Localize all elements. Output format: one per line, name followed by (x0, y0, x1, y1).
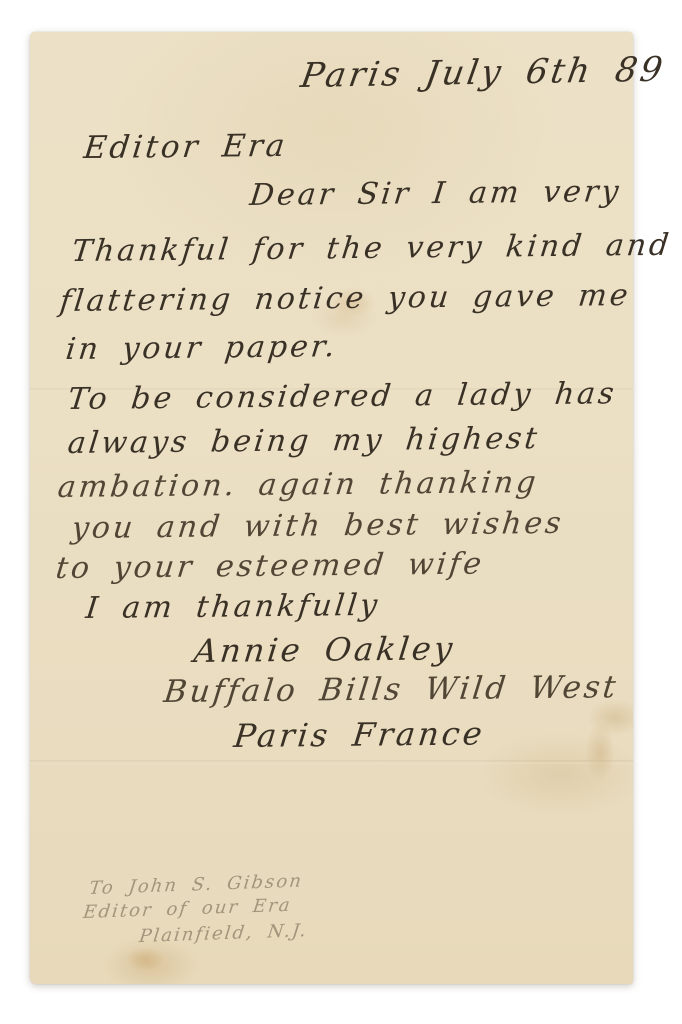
letter-body-line: to your esteemed wife (54, 547, 486, 586)
pencil-note-line: Plainfield, N.J. (138, 920, 309, 947)
letter-body-line: I am thankfully (84, 588, 382, 626)
letter-body-line: always being my highest (66, 421, 542, 461)
letter-signature-place: Paris France (232, 714, 487, 755)
letter-signature-affiliation: Buffalo Bills Wild West (162, 669, 620, 710)
letter-signature: Annie Oakley (192, 629, 457, 670)
letter-body-line: Dear Sir I am very (248, 174, 623, 213)
letter-body-line: in your paper. (64, 329, 340, 367)
letter-body-line: To be considered a lady has (66, 376, 619, 417)
letter-body-line: ambation. again thanking (56, 465, 540, 505)
letter-paper: Paris July 6th 89 Editor Era Dear Sir I … (30, 32, 633, 984)
paper-stain (585, 722, 615, 782)
letter-body-line: Thankful for the very kind and (70, 228, 673, 269)
letter-body-line: you and with best wishes (70, 506, 566, 546)
letter-body-line: flattering notice you gave me (58, 278, 633, 319)
paper-stain (125, 947, 165, 971)
letter-salutation: Editor Era (82, 128, 289, 166)
scanned-letter-photo: Paris July 6th 89 Editor Era Dear Sir I … (0, 0, 682, 1024)
fold-crease (30, 760, 633, 764)
letter-dateline: Paris July 6th 89 (298, 50, 668, 96)
pencil-note-line: Editor of our Era (82, 895, 293, 923)
